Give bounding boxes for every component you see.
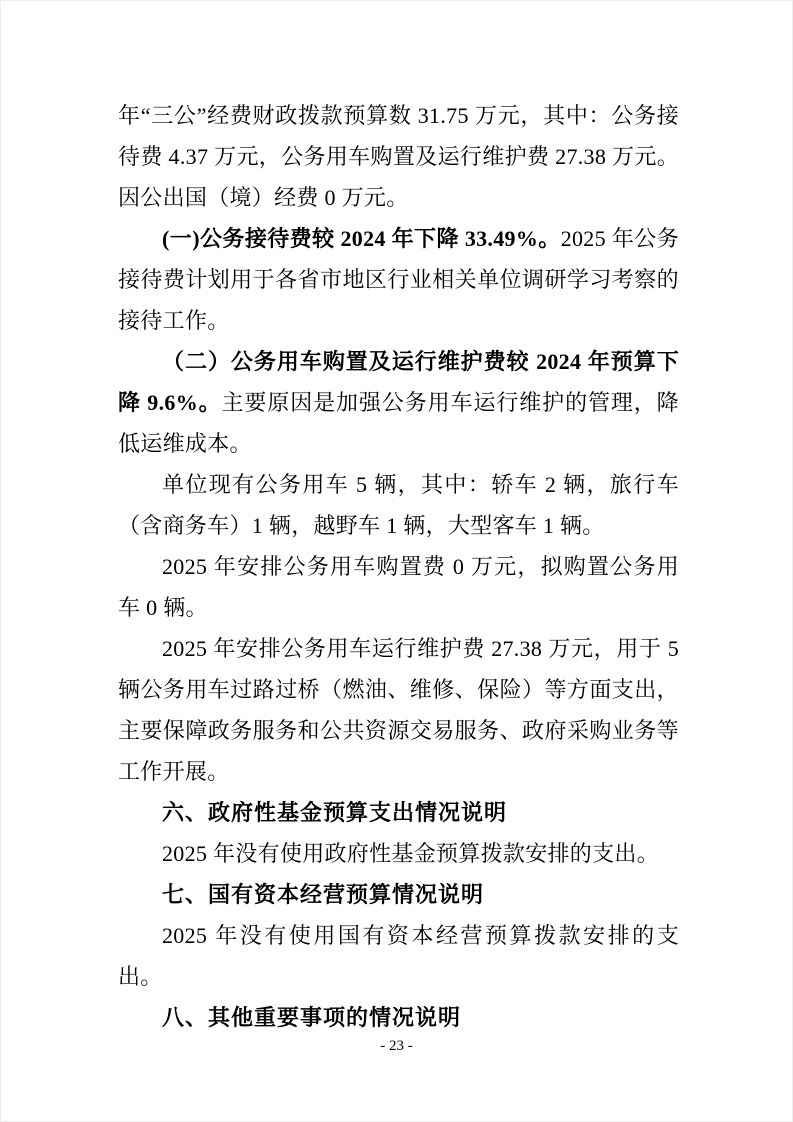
page-number: - 23 - bbox=[380, 1038, 413, 1054]
document-body: 年“三公”经费财政拨款预算数 31.75 万元，其中：公务接待费 4.37 万元… bbox=[118, 95, 679, 1038]
page-footer: - 23 - bbox=[0, 1036, 793, 1056]
paragraph-text: 2025 年没有使用国有资本经营预算拨款安排的支出。 bbox=[118, 923, 679, 989]
paragraph-text: 2025 年安排公务用车购置费 0 万元，拟购置公务用车 0 辆。 bbox=[118, 554, 679, 620]
para-vehicle-inventory: 单位现有公务用车 5 辆，其中：轿车 2 辆，旅行车（含商务车）1 辆，越野车 … bbox=[118, 464, 679, 546]
para-vehicle-expense: （二）公务用车购置及运行维护费较 2024 年预算下降 9.6%。主要原因是加强… bbox=[118, 341, 679, 464]
heading-government-fund: 六、政府性基金预算支出情况说明 bbox=[118, 792, 679, 833]
heading-text: 七、国有资本经营预算情况说明 bbox=[162, 882, 484, 907]
paragraph-text: 2025 年没有使用政府性基金预算拨款安排的支出。 bbox=[162, 841, 659, 866]
heading-text: 六、政府性基金预算支出情况说明 bbox=[162, 800, 507, 825]
para-vehicle-purchase: 2025 年安排公务用车购置费 0 万元，拟购置公务用车 0 辆。 bbox=[118, 546, 679, 628]
para-official-reception: (一)公务接待费较 2024 年下降 33.49%。2025 年公务接待费计划用… bbox=[118, 218, 679, 341]
para-state-capital: 2025 年没有使用国有资本经营预算拨款安排的支出。 bbox=[118, 915, 679, 997]
paragraph-text: 年“三公”经费财政拨款预算数 31.75 万元，其中：公务接待费 4.37 万元… bbox=[118, 103, 679, 210]
para-three-public-budget: 年“三公”经费财政拨款预算数 31.75 万元，其中：公务接待费 4.37 万元… bbox=[118, 95, 679, 218]
document-page: 年“三公”经费财政拨款预算数 31.75 万元，其中：公务接待费 4.37 万元… bbox=[0, 0, 793, 1122]
paragraph-bold-lead: (一)公务接待费较 2024 年下降 33.49%。 bbox=[162, 226, 561, 251]
paragraph-text: 单位现有公务用车 5 辆，其中：轿车 2 辆，旅行车（含商务车）1 辆，越野车 … bbox=[118, 472, 679, 538]
para-government-fund: 2025 年没有使用政府性基金预算拨款安排的支出。 bbox=[118, 833, 679, 874]
heading-other-matters: 八、其他重要事项的情况说明 bbox=[118, 997, 679, 1038]
heading-state-capital: 七、国有资本经营预算情况说明 bbox=[118, 874, 679, 915]
paragraph-text: 2025 年安排公务用车运行维护费 27.38 万元，用于 5 辆公务用车过路过… bbox=[118, 636, 679, 784]
heading-text: 八、其他重要事项的情况说明 bbox=[162, 1005, 461, 1030]
para-vehicle-maintenance: 2025 年安排公务用车运行维护费 27.38 万元，用于 5 辆公务用车过路过… bbox=[118, 628, 679, 792]
